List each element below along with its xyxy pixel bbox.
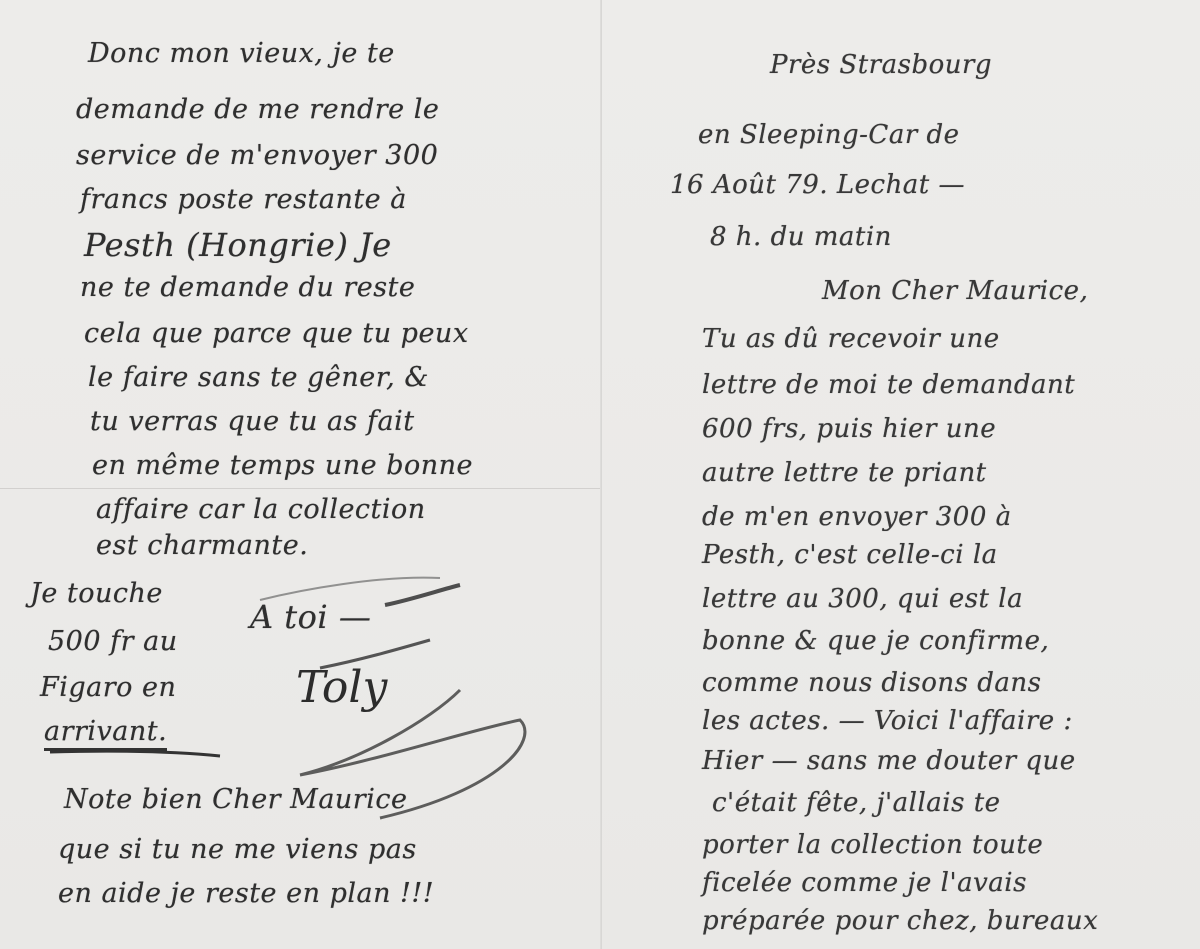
left-body-line: en même temps une bonne	[92, 450, 473, 481]
left-body-line: ne te demande du reste	[80, 272, 415, 303]
salutation: Mon Cher Maurice,	[822, 276, 1088, 306]
right-body-line: comme nous disons dans	[702, 668, 1041, 698]
right-body-line: porter la collection toute	[702, 830, 1043, 860]
right-body-line: Hier — sans me douter que	[702, 746, 1076, 776]
postscript-line: Je touche	[30, 578, 163, 609]
left-page: Donc mon vieux, je te demande de me rend…	[0, 0, 601, 949]
right-body-line: lettre au 300, qui est la	[702, 584, 1023, 614]
right-body-line: Tu as dû recevoir une	[702, 324, 1000, 354]
left-body-line: le faire sans te gêner, &	[88, 362, 429, 393]
closing: A toi —	[250, 598, 371, 636]
heading-line: en Sleeping-Car de	[698, 120, 960, 150]
footer-line: que si tu ne me viens pas	[58, 834, 417, 865]
postscript-line: arrivant.	[44, 716, 167, 751]
heading-line: Près Strasbourg	[770, 50, 992, 80]
right-body-line: 600 frs, puis hier une	[702, 414, 996, 444]
left-body-line: francs poste restante à	[80, 184, 407, 215]
heading-line: 16 Août 79. Lechat —	[670, 170, 965, 200]
left-body-line: Donc mon vieux, je te	[88, 38, 395, 69]
signature: Toly	[296, 662, 387, 713]
footer-line: Note bien Cher Maurice	[64, 784, 407, 815]
left-body-line: est charmante.	[96, 530, 308, 561]
right-body-line: les actes. — Voici l'affaire :	[702, 706, 1073, 736]
left-body-line: demande de me rendre le	[76, 94, 439, 125]
postscript-line: Figaro en	[40, 672, 176, 703]
right-body-line: autre lettre te priant	[702, 458, 987, 488]
right-body-line: bonne & que je confirme,	[702, 626, 1049, 656]
right-body-line: c'était fête, j'allais te	[712, 788, 1001, 818]
left-body-line: Pesth (Hongrie) Je	[84, 226, 392, 264]
left-body-line: cela que parce que tu peux	[84, 318, 469, 349]
left-body-line: affaire car la collection	[96, 494, 426, 525]
right-body-line: préparée pour chez, bureaux	[702, 906, 1098, 936]
right-body-line: ficelée comme je l'avais	[702, 868, 1027, 898]
right-body-line: de m'en envoyer 300 à	[702, 502, 1012, 532]
right-body-line: Pesth, c'est celle-ci la	[702, 540, 998, 570]
letter-spread: Donc mon vieux, je te demande de me rend…	[0, 0, 1200, 949]
right-body-line: lettre de moi te demandant	[702, 370, 1075, 400]
left-body-line: service de m'envoyer 300	[76, 140, 438, 171]
heading-line: 8 h. du matin	[710, 222, 892, 252]
right-page: Près Strasbourg en Sleeping-Car de 16 Ao…	[602, 0, 1200, 949]
horizontal-fold-crease	[0, 488, 600, 489]
postscript-line: 500 fr au	[48, 626, 178, 657]
left-body-line: tu verras que tu as fait	[90, 406, 415, 437]
footer-line: en aide je reste en plan !!!	[58, 878, 434, 909]
